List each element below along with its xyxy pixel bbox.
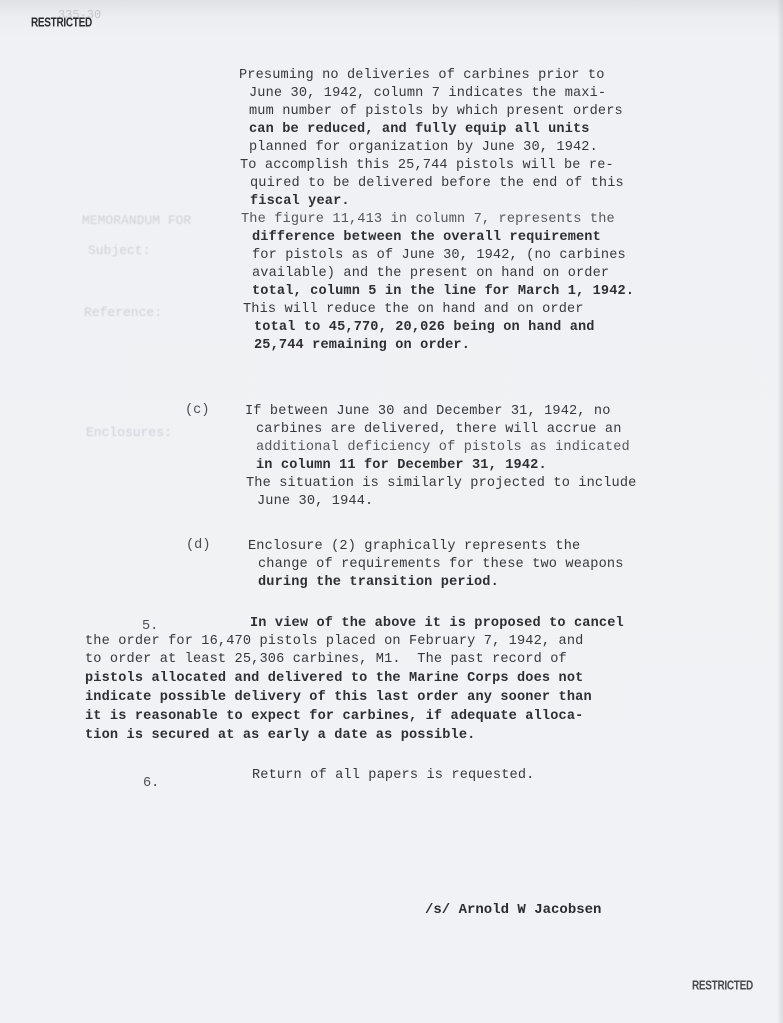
paragraph-number: 5. — [142, 619, 158, 634]
text-line: June 30, 1944. — [257, 493, 373, 511]
text-line: Enclosure (2) graphically represents the — [248, 538, 580, 556]
text-line: In view of the above it is proposed to c… — [250, 615, 624, 633]
text-line: in column 11 for December 31, 1942. — [256, 457, 547, 475]
text-line: additional deficiency of pistols as indi… — [256, 439, 630, 457]
paragraph-label: (c) — [185, 403, 209, 418]
text-line: indicate possible delivery of this last … — [85, 689, 592, 707]
paragraph-label: (d) — [186, 538, 210, 553]
text-line: difference between the overall requireme… — [252, 229, 601, 247]
text-line: mum number of pistols by which present o… — [249, 103, 623, 121]
paragraph-number: 6. — [143, 776, 159, 791]
text-line: the order for 16,470 pistols placed on F… — [85, 633, 583, 651]
text-line: planned for organization by June 30, 194… — [249, 139, 598, 157]
text-line: carbines are delivered, there will accru… — [256, 421, 622, 439]
text-line: Presuming no deliveries of carbines prio… — [239, 67, 605, 85]
text-line: June 30, 1942, column 7 indicates the ma… — [249, 85, 606, 103]
text-line: can be reduced, and fully equip all unit… — [249, 121, 590, 139]
bleed-through-enclosures: Enclosures: — [86, 425, 172, 440]
text-line: it is reasonable to expect for carbines,… — [85, 708, 583, 726]
text-line: during the transition period. — [258, 574, 499, 592]
bleed-through-reference: Reference: — [84, 305, 162, 320]
bleed-through-subject: Subject: — [88, 243, 150, 258]
classification-stamp-bottom: RESTRICTED — [692, 980, 753, 994]
classification-stamp-top: RESTRICTED — [31, 17, 92, 31]
text-line: total to 45,770, 20,026 being on hand an… — [254, 319, 595, 337]
text-line: To accomplish this 25,744 pistols will b… — [240, 157, 614, 175]
text-line: total, column 5 in the line for March 1,… — [252, 283, 634, 301]
document-page: 335-30 RESTRICTED MEMORANDUM FOR Subject… — [0, 0, 783, 1023]
text-line: tion is secured at as early a date as po… — [85, 727, 475, 745]
text-line: available) and the present on hand on or… — [252, 265, 609, 283]
bleed-through-header: MEMORANDUM FOR — [82, 213, 191, 228]
text-line: Return of all papers is requested. — [252, 767, 534, 785]
text-line: pistols allocated and delivered to the M… — [85, 670, 583, 688]
text-line: This will reduce the on hand and on orde… — [243, 301, 584, 319]
text-line: for pistols as of June 30, 1942, (no car… — [252, 247, 626, 265]
text-line: The situation is similarly projected to … — [246, 475, 636, 493]
text-line: 25,744 remaining on order. — [254, 337, 470, 355]
text-line: If between June 30 and December 31, 1942… — [245, 403, 611, 421]
text-line: to order at least 25,306 carbines, M1. T… — [85, 651, 567, 669]
text-line: quired to be delivered before the end of… — [250, 175, 624, 193]
signature: /s/ Arnold W Jacobsen — [425, 902, 601, 918]
text-line: change of requirements for these two wea… — [258, 556, 624, 574]
text-line: The figure 11,413 in column 7, represent… — [241, 211, 615, 229]
text-line: fiscal year. — [250, 193, 350, 211]
